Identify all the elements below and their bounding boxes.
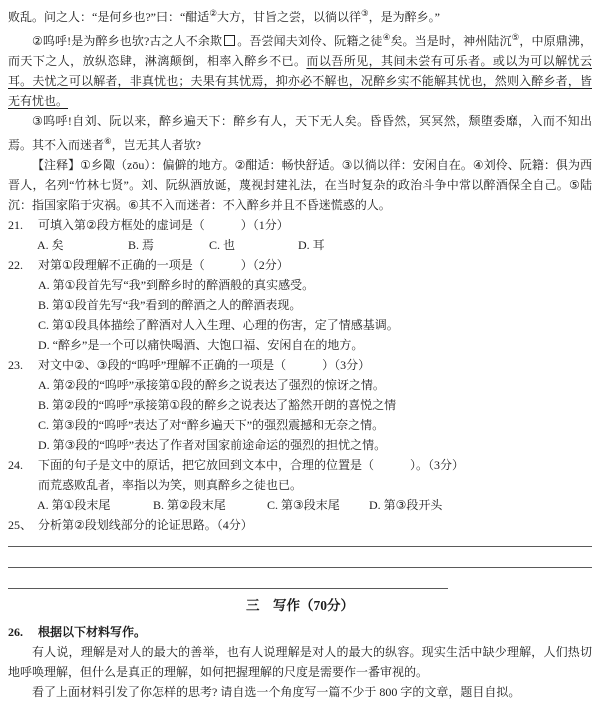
question-21: 21. 可填入第②段方框处的虚词是（ ）（1分） <box>8 215 592 235</box>
q24-option-c: C. 第③段末尾 <box>267 495 369 515</box>
writing-prompt: 看了上面材料引发了你怎样的思考? 请自选一个角度写一篇不少于 800 字的文章，… <box>8 682 592 702</box>
q21-option-a: A. 矣 <box>37 235 128 255</box>
question-21-text: 可填入第②段方框处的虚词是（ ）（1分） <box>38 215 592 235</box>
question-26-title: 根据以下材料写作。 <box>38 622 592 642</box>
passage-para-continuation: 败乱。问之人：“是何乡也?”曰：“酣适②大方，甘旨之尝，以徜以徉③，是为醉乡。” <box>8 3 592 27</box>
q22-option-c: C. 第①段具体描绘了醉酒对人入生理、心理的伤害，定了情感基调。 <box>38 315 592 335</box>
passage-para-2: ②呜呼!是为醉乡也欤?古之人不余欺。吾尝闻夫刘伶、阮籍之徒④矣。当是时，神州陆沉… <box>8 27 592 111</box>
writing-material: 有人说，理解是对人的最大的善举，也有人说理解是对人的最大的纵容。现实生活中缺少理… <box>8 642 592 682</box>
answer-line-1 <box>8 535 592 547</box>
q24-option-b: B. 第②段末尾 <box>153 495 267 515</box>
passage-text: ③呜呼!自刘、阮以来，醉乡遍天下：醉乡有人，天下无人矣。昏昏然，冥冥然，颓堕委靡… <box>8 114 592 152</box>
q21-option-b: B. 焉 <box>128 235 209 255</box>
passage-text: ，岂无其人者欤? <box>112 138 201 152</box>
reading-passage: 败乱。问之人：“是何乡也?”曰：“酣适②大方，甘旨之尝，以徜以徉③，是为醉乡。”… <box>8 3 592 215</box>
exam-page: 败乱。问之人：“是何乡也?”曰：“酣适②大方，甘旨之尝，以徜以徉③，是为醉乡。”… <box>0 0 600 720</box>
q23-option-d: D. 第③段的“呜呼”表达了作者对国家前途命运的强烈的担忧之情。 <box>38 435 592 455</box>
passage-text: 【注释】①乡陬（zōu）：偏僻的地方。②酣适：畅快舒适。③以徜以徉：安闲自在。④… <box>8 158 592 212</box>
note-superscript: ② <box>209 8 217 18</box>
q24-option-a: A. 第①段末尾 <box>37 495 153 515</box>
question-21-options: A. 矣 B. 焉 C. 也 D. 耳 <box>37 235 592 255</box>
q23-option-a: A. 第②段的“呜呼”承接第①段的醉乡之说表达了强烈的惊讶之情。 <box>38 375 592 395</box>
question-24-options: A. 第①段末尾 B. 第②段末尾 C. 第③段末尾 D. 第③段开头 <box>37 495 592 515</box>
passage-text: ②呜呼!是为醉乡也欤?古之人不余欺 <box>32 34 222 48</box>
passage-text: 大方，甘旨之尝，以徜以徉 <box>217 10 361 24</box>
question-23-text: 对文中②、③段的“呜呼”理解不正确的一项是（ ）（3分） <box>38 355 592 375</box>
note-superscript: ③ <box>361 8 369 18</box>
question-25-text: 分析第②段划线部分的论证思路。（4分） <box>38 515 592 535</box>
question-25-number: 25、 <box>8 515 38 535</box>
question-24-text: 下面的句子是文中的原话，把它放回到文本中，合理的位置是（ ）。（3分） <box>38 455 592 475</box>
passage-text: ，是为醉乡。” <box>369 10 440 24</box>
passage-para-3: ③呜呼!自刘、阮以来，醉乡遍天下：醉乡有人，天下无人矣。昏昏然，冥冥然，颓堕委靡… <box>8 111 592 155</box>
q22-option-d: D. “醉乡”是一个可以痛快喝酒、大饱口福、安闲自在的地方。 <box>38 335 592 355</box>
question-24-number: 24. <box>8 455 38 475</box>
answer-line-2 <box>8 547 592 568</box>
question-21-number: 21. <box>8 215 38 235</box>
q24-option-d: D. 第③段开头 <box>369 495 442 515</box>
question-22-number: 22. <box>8 255 38 275</box>
writing-section-header: 三 写作（70分） <box>8 596 592 616</box>
passage-text: 败乱。问之人：“是何乡也?”曰：“酣适 <box>8 10 209 24</box>
blank-box <box>224 35 235 46</box>
q22-option-a: A. 第①段首先写“我”到醉乡时的醉酒般的真实感受。 <box>38 275 592 295</box>
question-24: 24. 下面的句子是文中的原话，把它放回到文本中，合理的位置是（ ）。（3分） <box>8 455 592 475</box>
passage-notes: 【注释】①乡陬（zōu）：偏僻的地方。②酣适：畅快舒适。③以徜以徉：安闲自在。④… <box>8 155 592 215</box>
q21-option-d: D. 耳 <box>298 235 325 255</box>
question-26-number: 26. <box>8 622 38 642</box>
passage-text: 矣。当是时，神州陆沉 <box>390 34 511 48</box>
q24-quote-sentence: 而荒惑败乱者，率指以为笑，则真醉乡之徒也已。 <box>38 475 592 495</box>
question-22-text: 对第①段理解不正确的一项是（ ）（2分） <box>38 255 592 275</box>
question-23-number: 23. <box>8 355 38 375</box>
passage-text: 。吾尝闻夫刘伶、阮籍之徒 <box>237 34 383 48</box>
question-22: 22. 对第①段理解不正确的一项是（ ）（2分） <box>8 255 592 275</box>
q23-option-c: C. 第③段的“呜呼”表达了对“醉乡遍天下”的强烈震撼和无奈之情。 <box>38 415 592 435</box>
question-26: 26. 根据以下材料写作。 <box>8 622 592 642</box>
q21-option-c: C. 也 <box>209 235 298 255</box>
q22-option-b: B. 第①段首先写“我”看到的醉酒之人的醉酒表现。 <box>38 295 592 315</box>
question-23: 23. 对文中②、③段的“呜呼”理解不正确的一项是（ ）（3分） <box>8 355 592 375</box>
q23-option-b: B. 第②段的“呜呼”承接第①段的醉乡之说表达了豁然开朗的喜悦之情 <box>38 395 592 415</box>
note-superscript: ⑥ <box>104 136 112 146</box>
question-25: 25、 分析第②段划线部分的论证思路。（4分） <box>8 515 592 535</box>
answer-line-3 <box>8 568 448 589</box>
